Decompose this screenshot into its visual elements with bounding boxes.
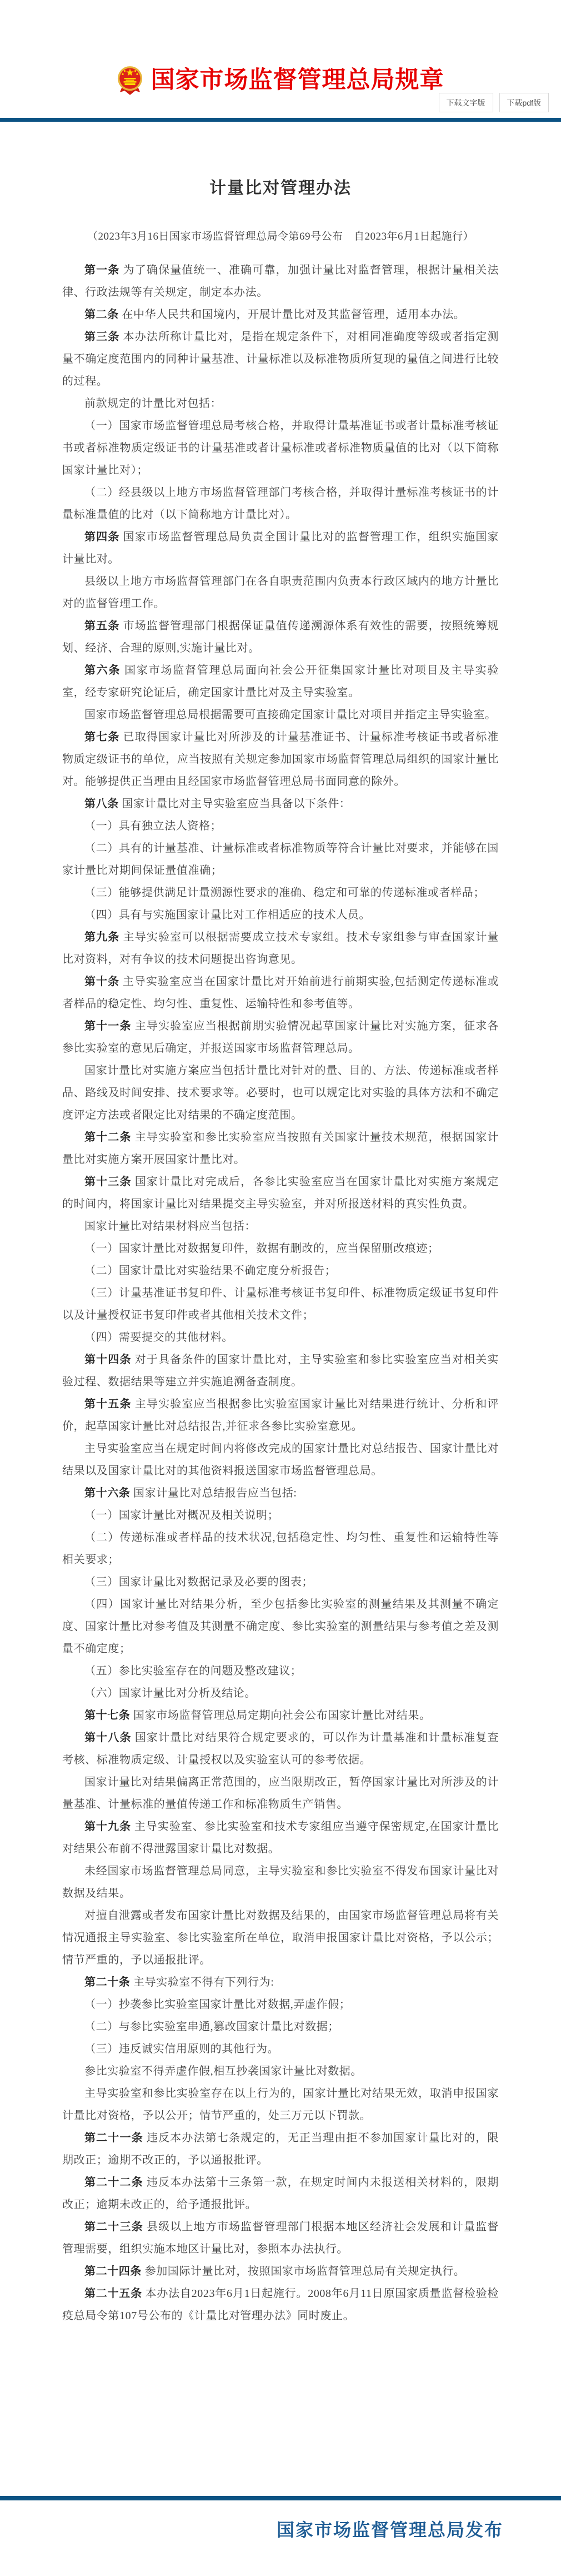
paragraph: （四）国家计量比对结果分析，至少包括参比实验室的测量结果及其测量不确定度、国家计… xyxy=(62,1593,499,1660)
paragraph: （二）与参比实验室串通,篡改国家计量比对数据； xyxy=(62,2016,499,2038)
paragraph: 国家计量比对结果材料应当包括： xyxy=(62,1215,499,1237)
paragraph: 对擅自泄露或者发布国家计量比对数据及结果的，由国家市场监督管理总局将有关情况通报… xyxy=(62,1904,499,1971)
article-label: 第一条 xyxy=(84,264,119,276)
paragraph: （二）国家计量比对实验结果不确定度分析报告； xyxy=(62,1260,499,1282)
article-label: 第二十条 xyxy=(84,1976,130,1988)
paragraph: 第十条 主导实验室应当在国家计量比对开始前进行前期实验,包括测定传递标准或者样品… xyxy=(62,971,499,1015)
article-label: 第二十三条 xyxy=(84,2221,143,2233)
header-brand: 国家市场监督管理总局规章 xyxy=(0,64,561,96)
paragraph: 第十一条 主导实验室应当根据前期实验情况起草国家计量比对实施方案，征求各参比实验… xyxy=(62,1015,499,1060)
article-label: 第四条 xyxy=(84,531,119,543)
article-label: 第二十四条 xyxy=(84,2265,142,2277)
paragraph: 第二十四条 参加国际计量比对，按照国家市场监督管理总局有关规定执行。 xyxy=(62,2260,499,2282)
paragraph: 第八条 国家计量比对主导实验室应当具备以下条件： xyxy=(62,793,499,815)
china-national-emblem-icon xyxy=(117,64,143,96)
paragraph: （四）需要提交的其他材料。 xyxy=(62,1326,499,1349)
paragraph: （五）参比实验室存在的问题及整改建议； xyxy=(62,1660,499,1682)
article-label: 第七条 xyxy=(84,731,119,743)
paragraph: 第九条 主导实验室可以根据需要成立技术专家组。技术专家组参与审查国家计量比对资料… xyxy=(62,926,499,971)
paragraph: （四）具有与实施国家计量比对工作相适应的技术人员。 xyxy=(62,904,499,926)
paragraph: 国家计量比对结果偏离正常范围的，应当限期改正，暂停国家计量比对所涉及的计量基准、… xyxy=(62,1771,499,1816)
header-title: 国家市场监督管理总局规章 xyxy=(151,68,444,92)
article-label: 第二条 xyxy=(84,309,119,321)
footer-divider xyxy=(0,2496,561,2500)
article-label: 第九条 xyxy=(84,931,119,943)
article-label: 第十二条 xyxy=(84,1131,132,1143)
download-text-button[interactable]: 下载文字版 xyxy=(439,93,493,112)
paragraph: 第五条 市场监督管理部门根据保证量值传递溯源体系有效性的需要，按照统筹规划、经济… xyxy=(62,615,499,659)
paragraph: 第十八条 国家计量比对结果符合规定要求的，可以作为计量基准和计量标准复查考核、标… xyxy=(62,1727,499,1771)
article-label: 第十四条 xyxy=(84,1354,132,1366)
paragraph: （一）国家计量比对概况及相关说明； xyxy=(62,1504,499,1526)
article-label: 第十条 xyxy=(84,976,119,988)
article-label: 第二十五条 xyxy=(84,2287,142,2300)
paragraph: （三）计量基准证书复印件、计量标准考核证书复印件、标准物质定级证书复印件以及计量… xyxy=(62,1282,499,1326)
paragraph: 县级以上地方市场监督管理部门在各自职责范围内负责本行政区域内的地方计量比对的监督… xyxy=(62,570,499,615)
paragraph: （六）国家计量比对分析及结论。 xyxy=(62,1682,499,1704)
paragraph: 第四条 国家市场监督管理总局负责全国计量比对的监督管理工作，组织实施国家计量比对… xyxy=(62,526,499,570)
article-label: 第十一条 xyxy=(84,1020,132,1032)
paragraph: 第十五条 主导实验室应当根据参比实验室国家计量比对结果进行统计、分析和评价，起草… xyxy=(62,1393,499,1438)
paragraph: 第二条 在中华人民共和国境内，开展计量比对及其监督管理，适用本办法。 xyxy=(62,304,499,326)
paragraph: （二）传递标准或者样品的技术状况,包括稳定性、均匀性、重复性和运输特性等相关要求… xyxy=(62,1526,499,1571)
article-label: 第十三条 xyxy=(84,1176,132,1188)
paragraph: 第十七条 国家市场监督管理总局定期向社会公布国家计量比对结果。 xyxy=(62,1704,499,1727)
article-label: 第八条 xyxy=(84,798,119,810)
paragraph: 第十三条 国家计量比对完成后，各参比实验室应当在国家计量比对实施方案规定的时间内… xyxy=(62,1171,499,1215)
paragraph: 国家市场监督管理总局根据需要可直接确定国家计量比对项目并指定主导实验室。 xyxy=(62,704,499,726)
paragraph: 第七条 已取得国家计量比对所涉及的计量基准证书、计量标准考核证书或者标准物质定级… xyxy=(62,726,499,793)
paragraph: 第十四条 对于具备条件的国家计量比对，主导实验室和参比实验室应当对相关实验过程、… xyxy=(62,1349,499,1393)
paragraph: 国家计量比对实施方案应当包括计量比对针对的量、目的、方法、传递标准或者样品、路线… xyxy=(62,1060,499,1126)
paragraph: 第十六条 国家计量比对总结报告应当包括: xyxy=(62,1482,499,1504)
article-label: 第十七条 xyxy=(84,1709,130,1722)
article-label: 第十九条 xyxy=(84,1821,131,1833)
paragraph: 第十二条 主导实验室和参比实验室应当按照有关国家计量技术规范，根据国家计量比对实… xyxy=(62,1126,499,1171)
paragraph: 第一条 为了确保量值统一、准确可靠，加强计量比对监督管理，根据计量相关法律、行政… xyxy=(62,259,499,304)
paragraph: 第二十五条 本办法自2023年6月1日起施行。2008年6月11日原国家质量监督… xyxy=(62,2282,499,2327)
paragraph: 第二十条 主导实验室不得有下列行为: xyxy=(62,1971,499,1993)
page-header: 国家市场监督管理总局规章 下载文字版 下载pdf版 xyxy=(0,0,561,118)
document-paragraphs: 第一条 为了确保量值统一、准确可靠，加强计量比对监督管理，根据计量相关法律、行政… xyxy=(62,259,499,2327)
article-label: 第十五条 xyxy=(84,1398,132,1410)
paragraph: 第十九条 主导实验室、参比实验室和技术专家组应当遵守保密规定,在国家计量比对结果… xyxy=(62,1816,499,1860)
header-divider xyxy=(0,118,561,122)
regulation-page: 国家市场监督管理总局规章 下载文字版 下载pdf版 计量比对管理办法 （2023… xyxy=(0,0,561,2576)
publisher-line: 国家市场监督管理总局发布 xyxy=(277,2519,503,2540)
paragraph: （三）能够提供满足计量溯源性要求的准确、稳定和可靠的传递标准或者样品； xyxy=(62,882,499,904)
article-label: 第五条 xyxy=(84,620,119,632)
paragraph: 第二十二条 违反本办法第十三条第一款，在规定时间内未报送相关材料的，限期改正；逾… xyxy=(62,2171,499,2216)
document: 计量比对管理办法 （2023年3月16日国家市场监督管理总局令第69号公布 自2… xyxy=(0,177,561,2327)
paragraph: 未经国家市场监督管理总局同意，主导实验室和参比实验室不得发布国家计量比对数据及结… xyxy=(62,1860,499,1904)
paragraph: （三）国家计量比对数据记录及必要的图表； xyxy=(62,1571,499,1593)
paragraph: 参比实验室不得弄虚作假,相互抄袭国家计量比对数据。 xyxy=(62,2060,499,2082)
paragraph: 前款规定的计量比对包括： xyxy=(62,392,499,415)
paragraph: 第二十三条 县级以上地方市场监督管理部门根据本地区经济社会发展和计量监督管理需要… xyxy=(62,2216,499,2260)
document-issuance-line: （2023年3月16日国家市场监督管理总局令第69号公布 自2023年6月1日起… xyxy=(62,228,499,243)
document-title: 计量比对管理办法 xyxy=(62,177,499,199)
paragraph: 第二十一条 违反本办法第七条规定的，无正当理由拒不参加国家计量比对的，限期改正；… xyxy=(62,2127,499,2171)
paragraph: 主导实验室应当在规定时间内将修改完成的国家计量比对总结报告、国家计量比对结果以及… xyxy=(62,1438,499,1482)
paragraph: （一）抄袭参比实验室国家计量比对数据,弄虚作假； xyxy=(62,1993,499,2016)
article-label: 第二十一条 xyxy=(84,2132,143,2144)
article-label: 第六条 xyxy=(84,664,121,677)
paragraph: （一）国家市场监督管理总局考核合格，并取得计量基准证书或者计量标准考核证书或者标… xyxy=(62,415,499,481)
paragraph: （二）经县级以上地方市场监督管理部门考核合格，并取得计量标准考核证书的计量标准量… xyxy=(62,481,499,526)
paragraph: （一）国家计量比对数据复印件，数据有删改的，应当保留删改痕迹； xyxy=(62,1237,499,1260)
paragraph: 第六条 国家市场监督管理总局面向社会公开征集国家计量比对项目及主导实验室，经专家… xyxy=(62,659,499,704)
download-buttons: 下载文字版 下载pdf版 xyxy=(439,93,549,112)
paragraph: （三）违反诚实信用原则的其他行为。 xyxy=(62,2038,499,2060)
article-label: 第十六条 xyxy=(84,1487,130,1499)
paragraph: 主导实验室和参比实验室存在以上行为的，国家计量比对结果无效，取消申报国家计量比对… xyxy=(62,2082,499,2127)
article-label: 第二十二条 xyxy=(84,2176,143,2189)
paragraph: （一）具有独立法人资格； xyxy=(62,815,499,837)
article-label: 第三条 xyxy=(84,331,119,343)
download-pdf-button[interactable]: 下载pdf版 xyxy=(499,93,549,112)
paragraph: （二）具有的计量基准、计量标准或者标准物质等符合计量比对要求，并能够在国家计量比… xyxy=(62,837,499,882)
article-label: 第十八条 xyxy=(84,1732,132,1744)
paragraph: 第三条 本办法所称计量比对，是指在规定条件下，对相同准确度等级或者指定测量不确定… xyxy=(62,326,499,392)
